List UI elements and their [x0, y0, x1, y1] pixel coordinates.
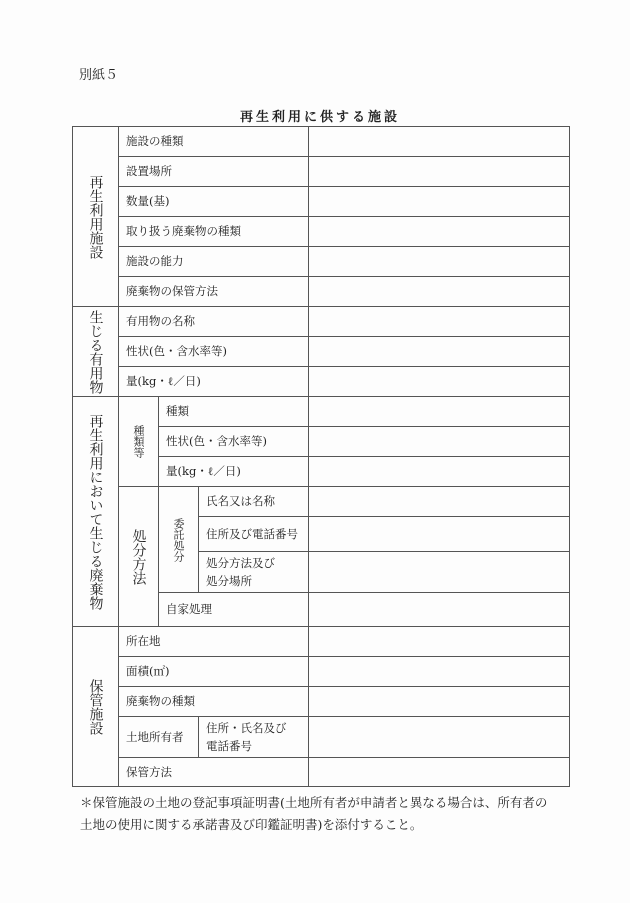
row-waste-properties: 性状(色・含水率等) — [158, 426, 309, 457]
value-quantity[interactable] — [308, 186, 570, 217]
value-useful-amount[interactable] — [308, 366, 570, 397]
row-consign-method: 処分方法及び 処分場所 — [198, 551, 309, 593]
row-quantity: 数量(基) — [118, 186, 309, 217]
value-useful-name[interactable] — [308, 306, 570, 337]
row-waste-kind: 種類 — [158, 396, 309, 427]
value-waste-amount[interactable] — [308, 456, 570, 487]
group-disposal-method: 処分方法 — [118, 486, 159, 627]
row-location: 設置場所 — [118, 156, 309, 187]
value-capacity[interactable] — [308, 246, 570, 277]
row-storage-waste-type: 廃棄物の種類 — [118, 686, 309, 717]
value-consign-method[interactable] — [308, 551, 570, 593]
row-useful-amount: 量(kg・ℓ／日) — [118, 366, 309, 397]
page-title: 再生利用に供する施設 — [240, 106, 400, 125]
value-storage-address[interactable] — [308, 626, 570, 657]
group-facility: 再生利用施設 — [72, 126, 119, 307]
row-consign-address: 住所及び電話番号 — [198, 516, 309, 552]
value-storage-method-2[interactable] — [308, 757, 570, 787]
row-storage-address: 所在地 — [118, 626, 309, 657]
group-consign: 委託処分 — [158, 486, 199, 593]
row-self-disposal: 自家処理 — [158, 592, 309, 627]
group-waste: 再生利用において生じる廃棄物 — [72, 396, 119, 627]
row-useful-name: 有用物の名称 — [118, 306, 309, 337]
group-waste-type: 種類等 — [118, 396, 159, 487]
row-storage-method-2: 保管方法 — [118, 757, 309, 787]
row-storage-area: 面積(㎡) — [118, 656, 309, 687]
row-waste-type-handled: 取り扱う廃棄物の種類 — [118, 216, 309, 247]
row-facility-type: 施設の種類 — [118, 126, 309, 157]
value-useful-properties[interactable] — [308, 336, 570, 367]
value-facility-type[interactable] — [308, 126, 570, 157]
value-storage-area[interactable] — [308, 656, 570, 687]
value-waste-properties[interactable] — [308, 426, 570, 457]
row-waste-amount: 量(kg・ℓ／日) — [158, 456, 309, 487]
footnote: ＊保管施設の土地の登記事項証明書(土地所有者が申請者と異なる場合は、所有者の土地… — [80, 792, 550, 836]
value-land-owner[interactable] — [308, 716, 570, 758]
attachment-label: 別紙５ — [79, 64, 118, 83]
value-storage-method[interactable] — [308, 276, 570, 307]
value-storage-waste-type[interactable] — [308, 686, 570, 717]
group-storage: 保管施設 — [72, 626, 119, 787]
value-consign-address[interactable] — [308, 516, 570, 552]
value-self-disposal[interactable] — [308, 592, 570, 627]
group-useful: 生じる有用物 — [72, 306, 119, 397]
value-waste-type-handled[interactable] — [308, 216, 570, 247]
value-location[interactable] — [308, 156, 570, 187]
row-useful-properties: 性状(色・含水率等) — [118, 336, 309, 367]
row-land-owner-detail: 住所・氏名及び 電話番号 — [198, 716, 309, 758]
row-land-owner: 土地所有者 — [118, 716, 199, 758]
row-storage-method: 廃棄物の保管方法 — [118, 276, 309, 307]
value-waste-kind[interactable] — [308, 396, 570, 427]
row-capacity: 施設の能力 — [118, 246, 309, 277]
value-consign-name[interactable] — [308, 486, 570, 517]
row-consign-name: 氏名又は名称 — [198, 486, 309, 517]
